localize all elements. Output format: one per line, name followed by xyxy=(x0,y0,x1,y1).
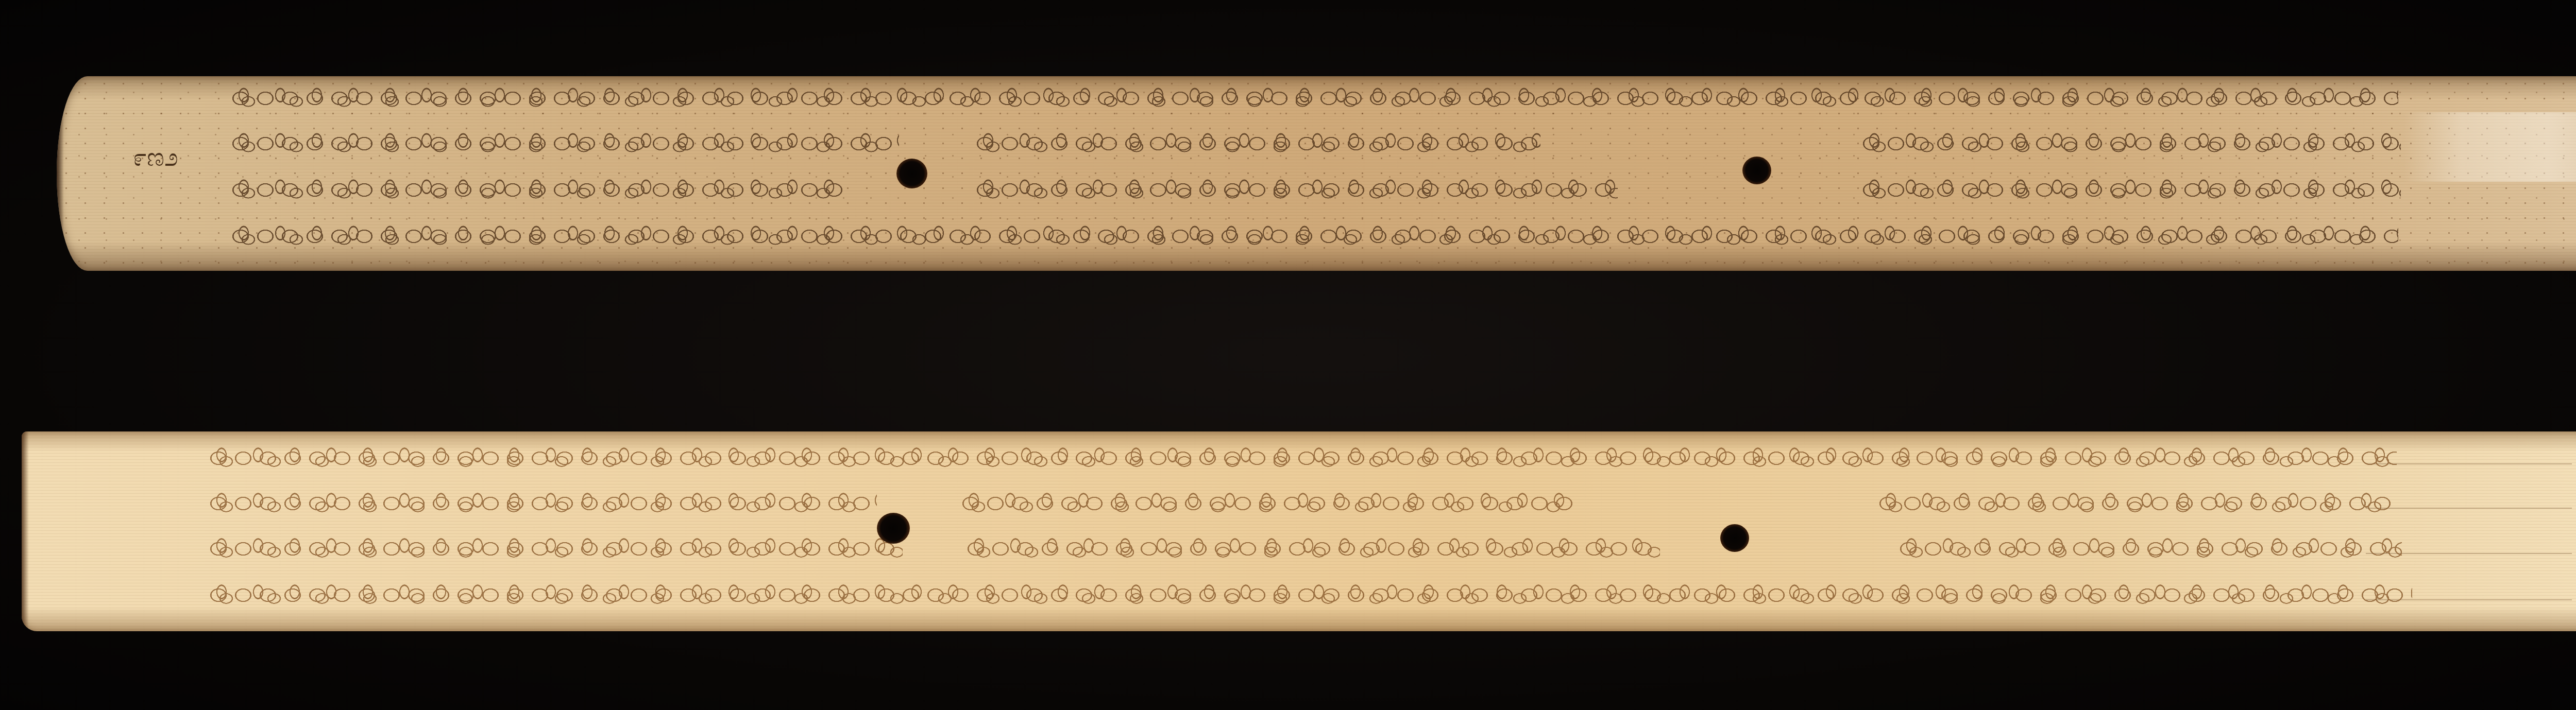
script-line-4 xyxy=(229,220,2398,252)
script-line-3c xyxy=(1897,532,2402,565)
binding-hole-right xyxy=(1742,157,1771,184)
script-line-2b xyxy=(959,487,1578,520)
ruled-line-2 xyxy=(2366,508,2572,509)
script-line-3c xyxy=(1860,174,2401,206)
ruled-line-1 xyxy=(2366,463,2572,464)
script-line-3b xyxy=(964,532,1660,565)
script-line-3a xyxy=(229,174,848,206)
charred-edge-left xyxy=(57,76,64,271)
binding-hole-left xyxy=(877,513,910,544)
script-line-3b xyxy=(974,174,1618,206)
script-line-2a xyxy=(229,128,899,160)
script-line-2c xyxy=(1876,487,2397,520)
black-background: ೯ಣ೨ Sinhala xyxy=(0,0,2576,710)
script-line-1 xyxy=(229,82,2398,114)
script-line-4 xyxy=(207,579,2412,612)
palm-leaf-top: ೯ಣ೨ xyxy=(57,76,2576,271)
palm-leaf-bottom xyxy=(22,431,2576,631)
script-line-2c xyxy=(1860,128,2401,160)
script-line-3a xyxy=(207,532,903,565)
binding-hole-right xyxy=(1720,524,1749,552)
script-line-2a xyxy=(207,487,877,520)
repair-patch xyxy=(2403,112,2576,182)
script-line-2b xyxy=(974,128,1540,160)
script-line-1 xyxy=(207,442,2397,475)
binding-hole-left xyxy=(896,159,927,188)
charred-edge-left xyxy=(22,431,29,631)
leaf-number-annotation: ೯ಣ೨ xyxy=(133,143,178,172)
